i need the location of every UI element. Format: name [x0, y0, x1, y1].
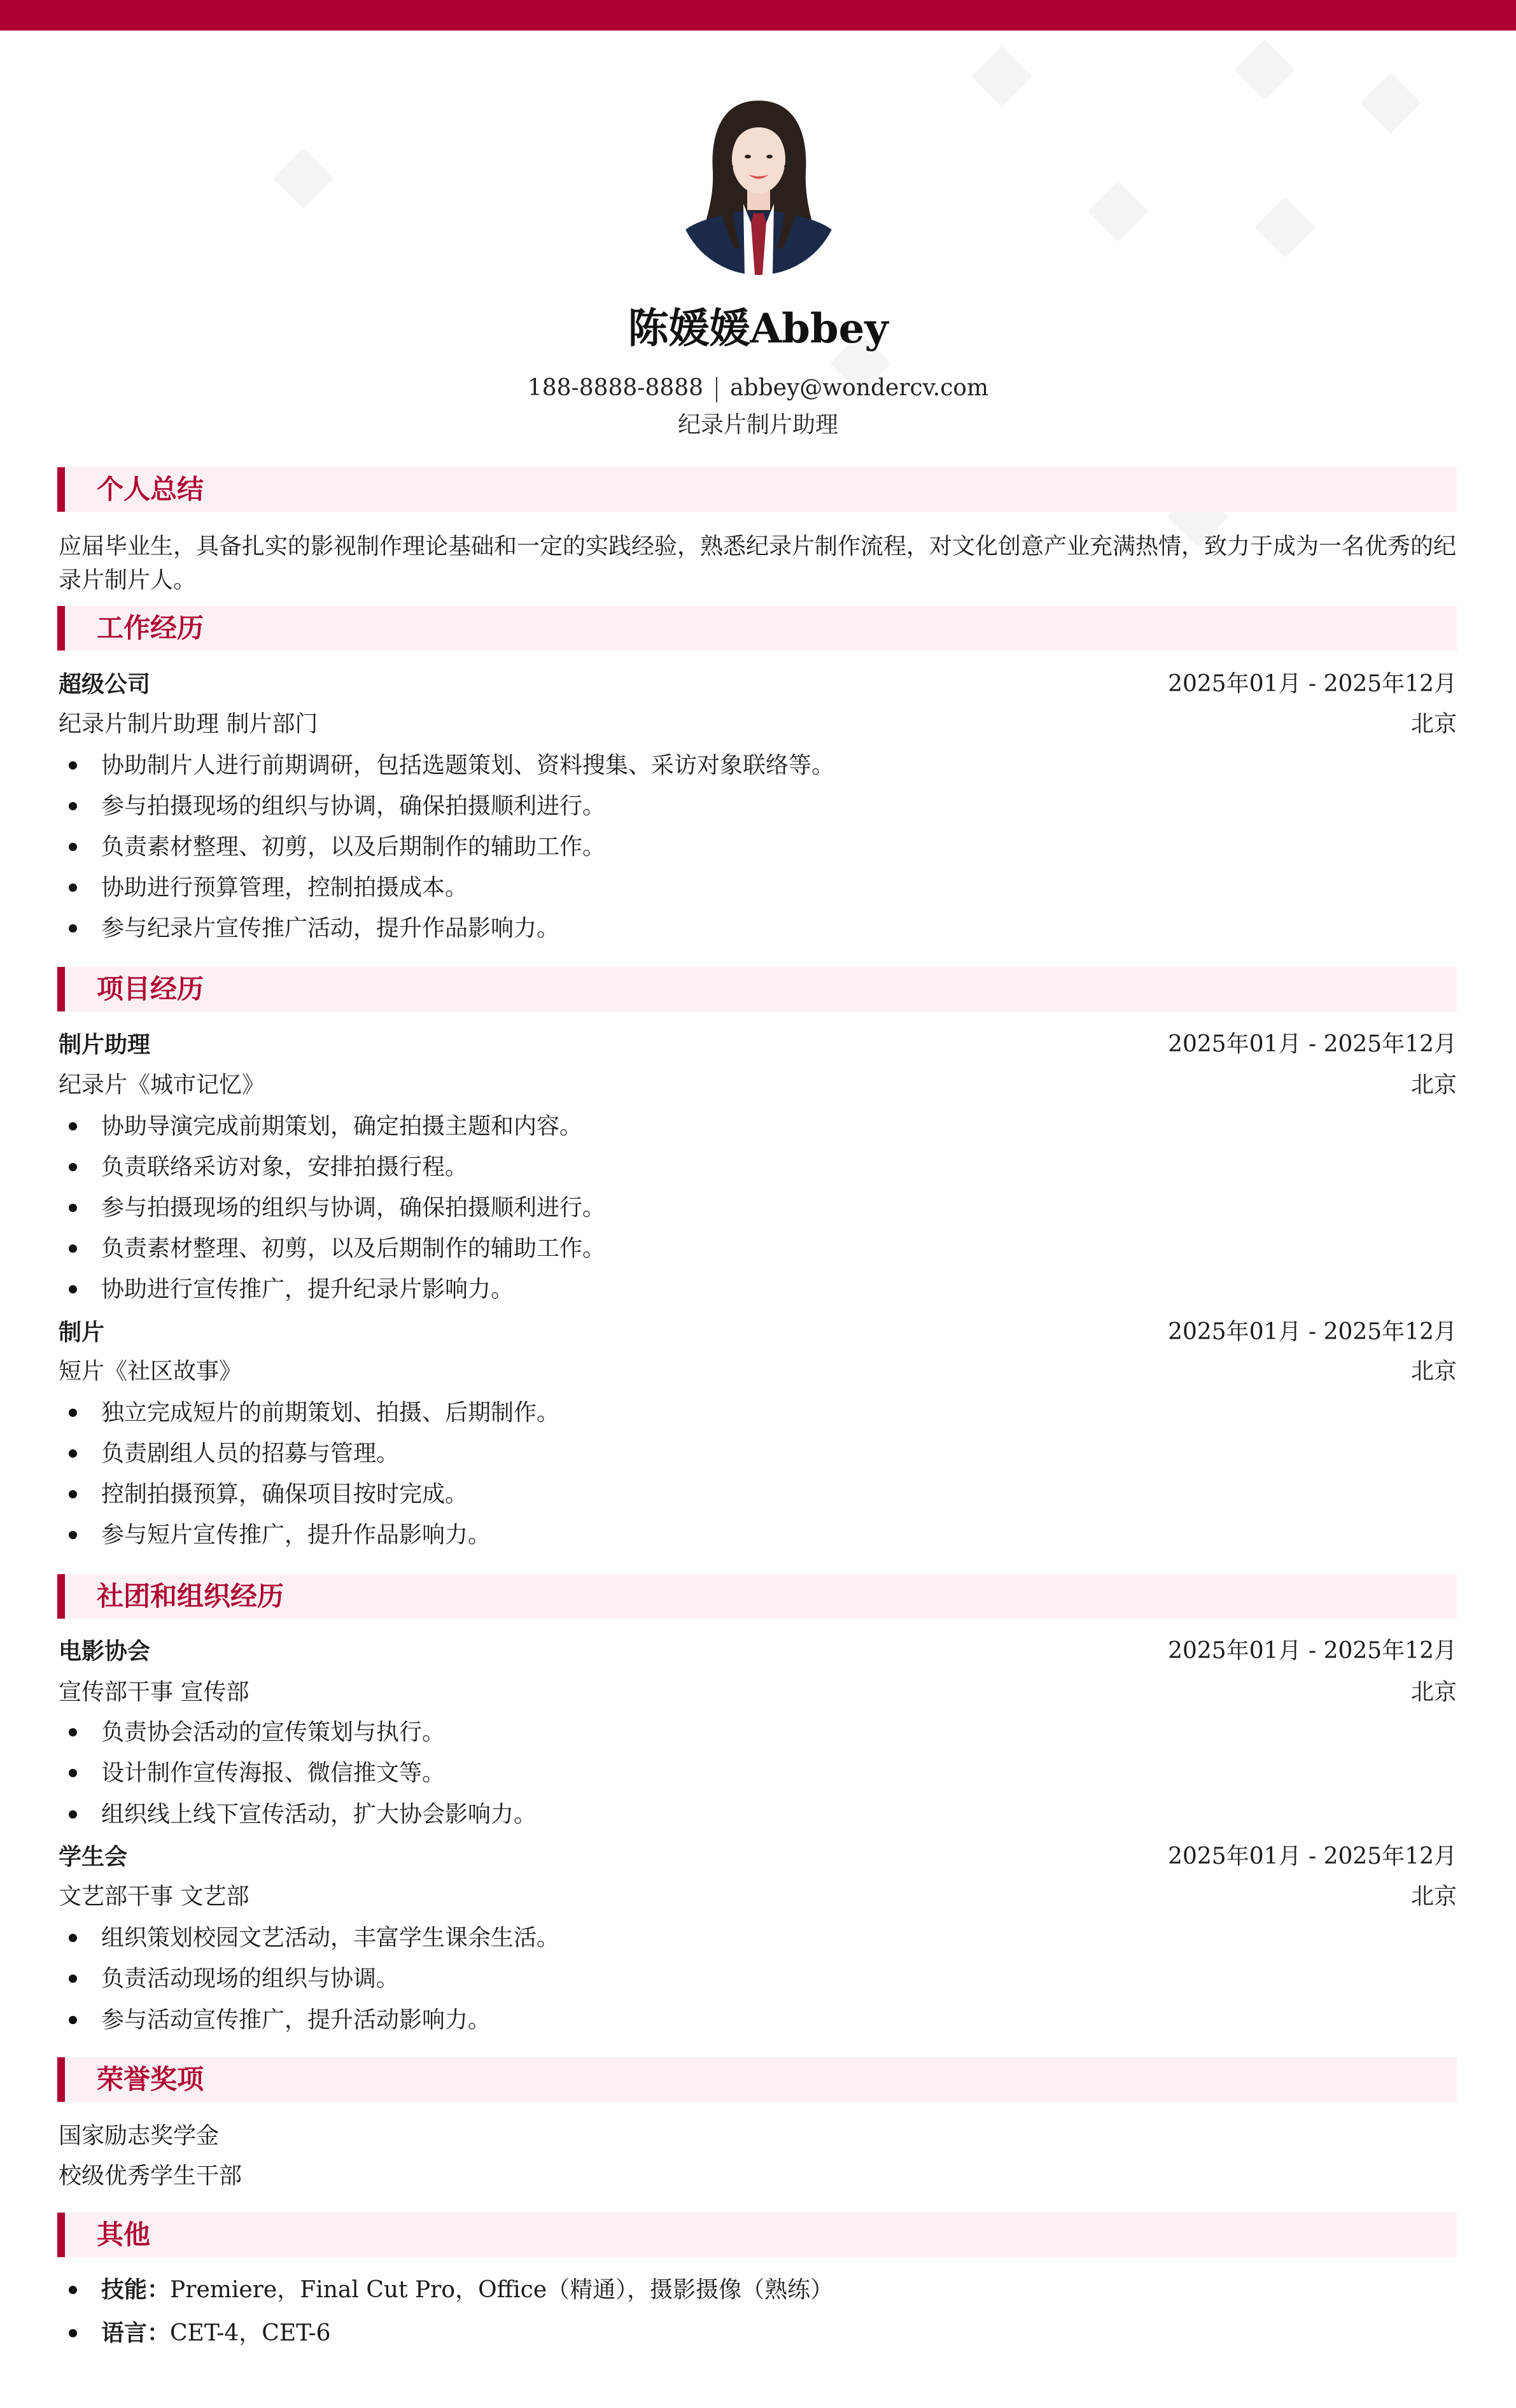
- skills-item: 技能：Premiere，Final Cut Pro，Office（精通），摄影摄…: [59, 2274, 833, 2306]
- bullet-icon: [69, 1122, 77, 1130]
- entry-org: 超级公司: [59, 669, 150, 700]
- list-item: 负责素材整理、初剪，以及后期制作的辅助工作。: [59, 1234, 605, 1264]
- section-header-work: 工作经历: [57, 606, 1457, 651]
- section-accent-bar: [57, 2057, 65, 2102]
- entry-location: 北京: [1411, 1356, 1457, 1387]
- section-header-clubs: 社团和组织经历: [57, 1574, 1457, 1619]
- entry-location: 北京: [1411, 1677, 1457, 1708]
- bullet-icon: [69, 1285, 77, 1293]
- bullet-icon: [69, 2286, 77, 2294]
- bullet-icon: [69, 2329, 77, 2337]
- entry-role: 宣传部干事 宣传部: [59, 1677, 249, 1708]
- section-title: 社团和组织经历: [97, 1574, 284, 1619]
- section-accent-bar: [57, 606, 65, 651]
- list-item: 参与拍摄现场的组织与协调，确保拍摄顺利进行。: [59, 791, 605, 822]
- phone-number: 188-8888-8888: [528, 375, 703, 401]
- bullet-icon: [69, 1531, 77, 1539]
- list-item: 设计制作宣传海报、微信推文等。: [59, 1758, 445, 1789]
- diamond-decoration: [1088, 181, 1149, 242]
- bullet-icon: [69, 1244, 77, 1253]
- bullet-icon: [69, 1769, 77, 1777]
- bullet-icon: [69, 843, 77, 851]
- entry-org: 电影协会: [59, 1636, 150, 1666]
- entry-org: 学生会: [59, 1841, 127, 1872]
- section-accent-bar: [57, 2213, 65, 2257]
- entry-org: 制片助理: [59, 1029, 150, 1060]
- bullet-icon: [69, 761, 77, 770]
- bullet-icon: [69, 1163, 77, 1171]
- bullet-icon: [69, 884, 77, 892]
- entry-date: 2025年01月 - 2025年12月: [1168, 669, 1457, 700]
- entry-org: 制片: [59, 1317, 104, 1348]
- profile-photo: [677, 95, 840, 275]
- section-header-honors: 荣誉奖项: [57, 2057, 1457, 2102]
- top-accent-bar: [0, 0, 1516, 31]
- bullet-icon: [69, 2016, 77, 2024]
- bullet-icon: [69, 1810, 77, 1819]
- section-accent-bar: [57, 1574, 65, 1619]
- avatar-illustration-icon: [677, 95, 840, 275]
- diamond-decoration: [1234, 39, 1295, 101]
- entry-role: 短片《社区故事》: [59, 1356, 242, 1387]
- entry-location: 北京: [1411, 1070, 1457, 1101]
- entry-role: 纪录片《城市记忆》: [59, 1070, 265, 1101]
- summary-text: 应届毕业生，具备扎实的影视制作理论基础和一定的实践经验，熟悉纪录片制作流程，对文…: [59, 530, 1456, 597]
- bullet-icon: [69, 1934, 77, 1942]
- list-item: 负责协会活动的宣传策划与执行。: [59, 1717, 445, 1748]
- list-item: 参与拍摄现场的组织与协调，确保拍摄顺利进行。: [59, 1193, 605, 1223]
- section-header-other: 其他: [57, 2213, 1457, 2257]
- section-accent-bar: [57, 967, 65, 1011]
- contact-line: 188-8888-8888abbey@wondercv.com: [0, 373, 1516, 404]
- list-item: 负责联络采访对象，安排拍摄行程。: [59, 1152, 468, 1183]
- diamond-decoration: [1254, 197, 1316, 258]
- bullet-icon: [69, 1975, 77, 1983]
- diamond-decoration: [971, 46, 1032, 107]
- list-item: 独立完成短片的前期策划、拍摄、后期制作。: [59, 1398, 559, 1428]
- list-item: 协助进行预算管理，控制拍摄成本。: [59, 873, 468, 903]
- list-item: 协助制片人进行前期调研，包括选题策划、资料搜集、采访对象联络等。: [59, 750, 834, 781]
- bullet-icon: [69, 802, 77, 810]
- section-title: 个人总结: [97, 467, 204, 512]
- list-item: 参与纪录片宣传推广活动，提升作品影响力。: [59, 913, 559, 944]
- bullet-icon: [69, 1490, 77, 1498]
- list-item: 参与活动宣传推广，提升活动影响力。: [59, 2005, 491, 2036]
- entry-role: 文艺部干事 文艺部: [59, 1882, 249, 1912]
- section-accent-bar: [57, 467, 65, 512]
- entry-location: 北京: [1411, 709, 1457, 740]
- list-item: 负责剧组人员的招募与管理。: [59, 1439, 399, 1469]
- section-header-projects: 项目经历: [57, 967, 1457, 1011]
- entry-role: 纪录片制片助理 制片部门: [59, 709, 318, 740]
- diamond-decoration: [273, 148, 334, 209]
- entry-date: 2025年01月 - 2025年12月: [1168, 1636, 1457, 1666]
- list-item: 组织策划校园文艺活动，丰富学生课余生活。: [59, 1923, 559, 1954]
- list-item: 控制拍摄预算，确保项目按时完成。: [59, 1479, 468, 1510]
- entry-location: 北京: [1411, 1882, 1457, 1912]
- contact-separator: [716, 377, 717, 402]
- list-item: 负责素材整理、初剪，以及后期制作的辅助工作。: [59, 832, 605, 863]
- section-title: 工作经历: [97, 606, 204, 651]
- list-item: 协助进行宣传推广，提升纪录片影响力。: [59, 1274, 514, 1305]
- list-item: 组织线上线下宣传活动，扩大协会影响力。: [59, 1799, 537, 1830]
- email-address: abbey@wondercv.com: [730, 375, 988, 401]
- candidate-name: 陈媛媛Abbey: [0, 300, 1516, 358]
- list-item: 协助导演完成前期策划，确定拍摄主题和内容。: [59, 1111, 582, 1142]
- entry-date: 2025年01月 - 2025年12月: [1168, 1029, 1457, 1060]
- section-title: 其他: [97, 2213, 150, 2257]
- honor-item: 国家励志奖学金: [59, 2121, 219, 2151]
- bullet-icon: [69, 924, 77, 933]
- bullet-icon: [69, 1204, 77, 1212]
- bullet-icon: [69, 1728, 77, 1736]
- list-item: 参与短片宣传推广，提升作品影响力。: [59, 1520, 491, 1551]
- section-header-summary: 个人总结: [57, 467, 1457, 512]
- honor-item: 校级优秀学生干部: [59, 2161, 242, 2192]
- diamond-decoration: [1360, 73, 1421, 134]
- bullet-icon: [69, 1409, 77, 1417]
- section-title: 项目经历: [97, 967, 204, 1011]
- entry-date: 2025年01月 - 2025年12月: [1168, 1841, 1457, 1872]
- languages-item: 语言：CET-4，CET-6: [59, 2318, 331, 2349]
- job-title: 纪录片制片助理: [0, 410, 1516, 440]
- section-title: 荣誉奖项: [97, 2057, 204, 2102]
- list-item: 负责活动现场的组织与协调。: [59, 1964, 399, 1994]
- entry-date: 2025年01月 - 2025年12月: [1168, 1317, 1457, 1348]
- bullet-icon: [69, 1449, 77, 1458]
